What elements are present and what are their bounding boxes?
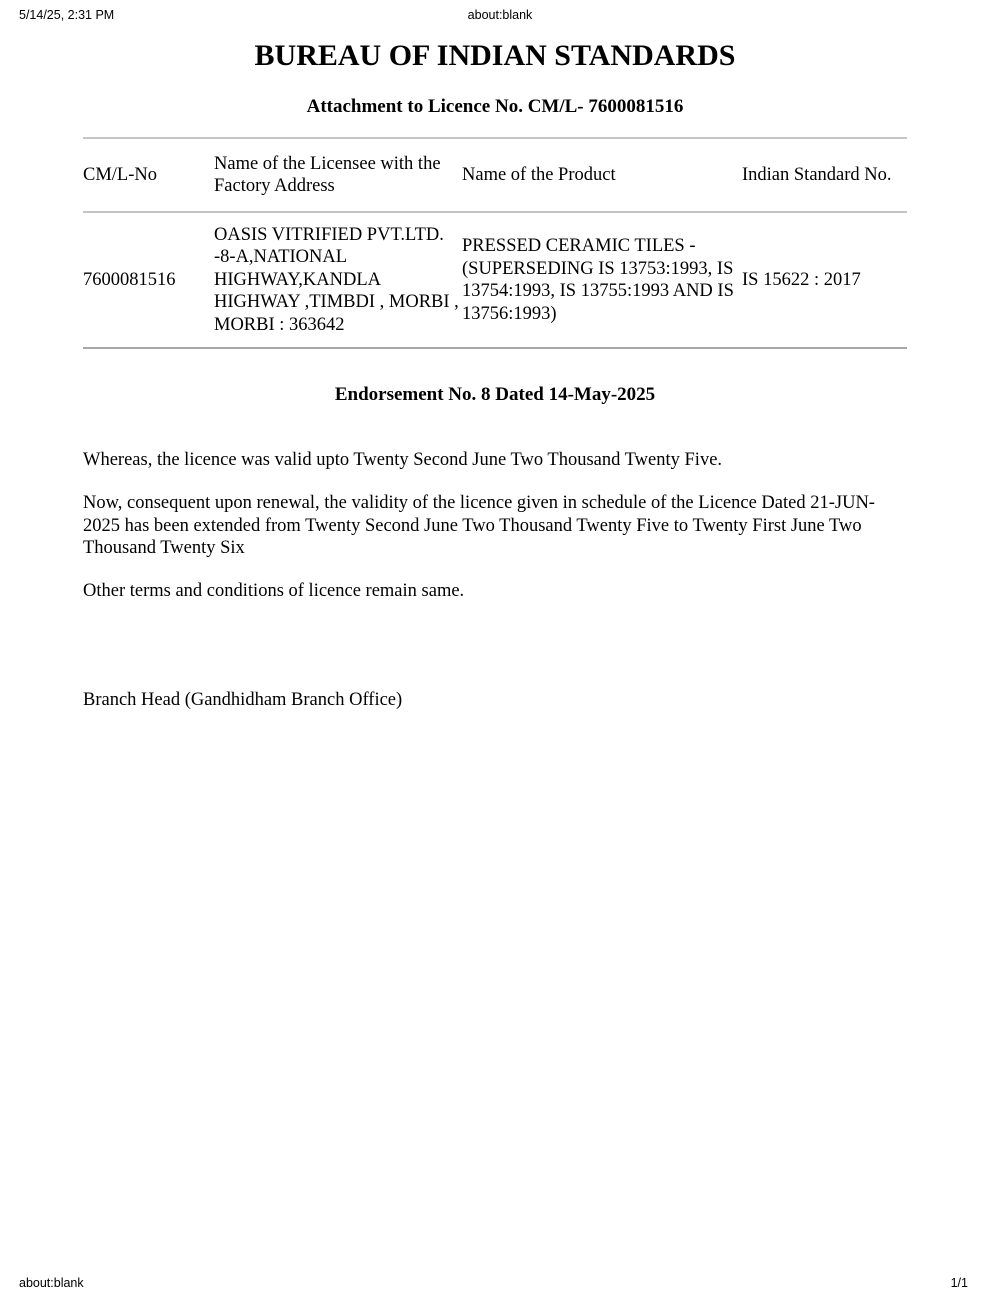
cell-cml-no: 7600081516 (83, 212, 214, 348)
document-title: BUREAU OF INDIAN STANDARDS (83, 38, 907, 74)
print-url: about:blank (19, 1276, 84, 1290)
table-header-row: CM/L-No Name of the Licensee with the Fa… (83, 138, 907, 212)
header-cml-no: CM/L-No (83, 138, 214, 212)
licence-table: CM/L-No Name of the Licensee with the Fa… (83, 137, 907, 349)
cell-licensee: OASIS VITRIFIED PVT.LTD. -8-A,NATIONAL H… (214, 212, 462, 348)
header-licensee: Name of the Licensee with the Factory Ad… (214, 138, 462, 212)
print-footer: about:blank 1/1 (0, 1276, 1000, 1294)
print-header: 5/14/25, 2:31 PM about:blank (0, 8, 1000, 26)
paragraph-terms: Other terms and conditions of licence re… (83, 580, 907, 603)
paragraph-validity: Whereas, the licence was valid upto Twen… (83, 449, 907, 472)
attachment-subtitle: Attachment to Licence No. CM/L- 76000815… (83, 95, 907, 119)
signature-block: Branch Head (Gandhidham Branch Office) (83, 689, 907, 712)
header-product: Name of the Product (462, 138, 742, 212)
print-page-title: about:blank (0, 8, 1000, 22)
paragraph-renewal: Now, consequent upon renewal, the validi… (83, 492, 907, 560)
endorsement-heading: Endorsement No. 8 Dated 14-May-2025 (83, 383, 907, 407)
table-row: 7600081516 OASIS VITRIFIED PVT.LTD. -8-A… (83, 212, 907, 348)
cell-standard: IS 15622 : 2017 (742, 212, 907, 348)
header-standard: Indian Standard No. (742, 138, 907, 212)
print-page-count: 1/1 (951, 1276, 968, 1290)
cell-product: PRESSED CERAMIC TILES - (SUPERSEDING IS … (462, 212, 742, 348)
